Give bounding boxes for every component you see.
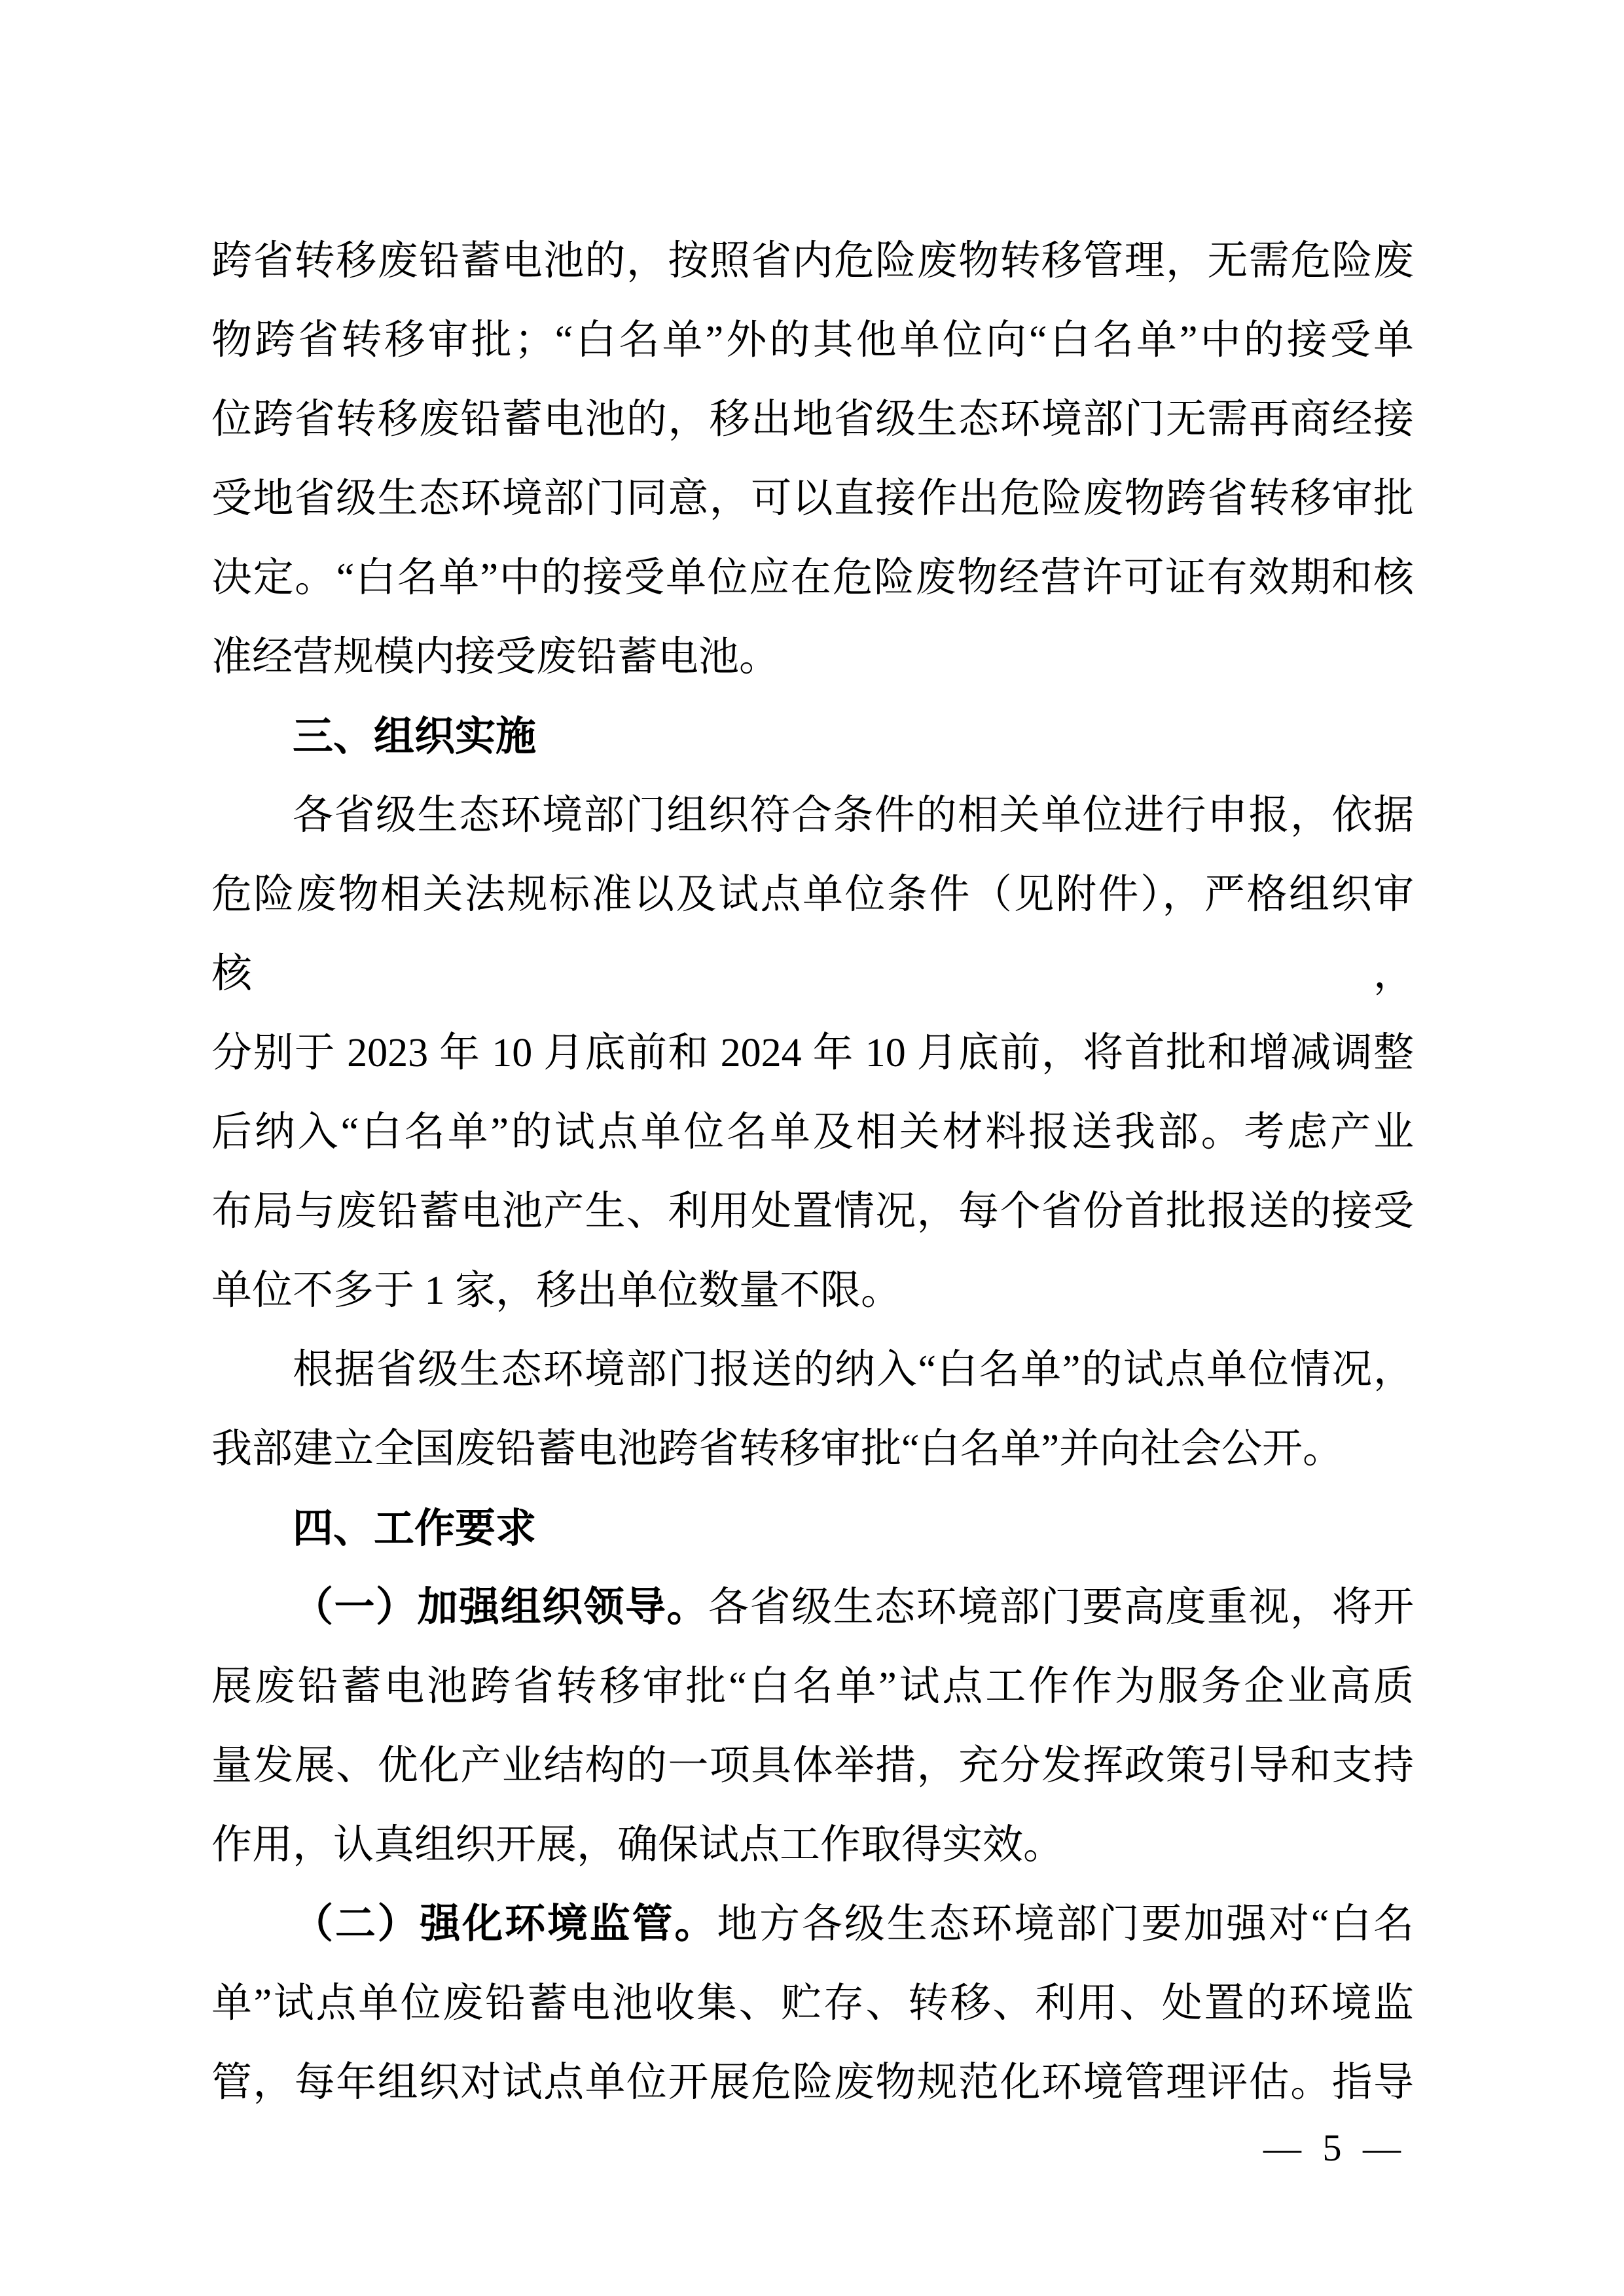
body-line: 准经营规模内接受废铅蓄电池。 bbox=[211, 618, 1414, 697]
section-heading: 四、工作要求 bbox=[211, 1489, 1414, 1568]
body-line: 各省级生态环境部门组织符合条件的相关单位进行申报，依据 bbox=[211, 776, 1414, 855]
body-line: 分别于 2023 年 10 月底前和 2024 年 10 月底前，将首批和增减调… bbox=[211, 1014, 1414, 1093]
body-line: （一）加强组织领导。各省级生态环境部门要高度重视，将开 bbox=[211, 1568, 1414, 1647]
body-line: 量发展、优化产业结构的一项具体举措，充分发挥政策引导和支持 bbox=[211, 1727, 1414, 1806]
paragraph-lead: （二）强化环境监管。 bbox=[293, 1902, 717, 1946]
body-line: 跨省转移废铅蓄电池的，按照省内危险废物转移管理，无需危险废 bbox=[211, 222, 1414, 301]
body-line: 受地省级生态环境部门同意，可以直接作出危险废物跨省转移审批 bbox=[211, 459, 1414, 539]
body-line: （二）强化环境监管。地方各级生态环境部门要加强对“白名 bbox=[211, 1885, 1414, 1964]
body-line: 布局与废铅蓄电池产生、利用处置情况，每个省份首批报送的接受 bbox=[211, 1172, 1414, 1251]
body-line: 根据省级生态环境部门报送的纳入“白名单”的试点单位情况， bbox=[211, 1331, 1414, 1410]
body-line: 管，每年组织对试点单位开展危险废物规范化环境管理评估。指导 bbox=[211, 2043, 1414, 2123]
body-line: 单位不多于 1 家，移出单位数量不限。 bbox=[211, 1251, 1414, 1331]
body-line: 我部建立全国废铅蓄电池跨省转移审批“白名单”并向社会公开。 bbox=[211, 1410, 1414, 1489]
page-number: — 5 — bbox=[1263, 2112, 1401, 2184]
body-line: 决定。“白名单”中的接受单位应在危险废物经营许可证有效期和核 bbox=[211, 539, 1414, 618]
body-line: 位跨省转移废铅蓄电池的，移出地省级生态环境部门无需再商经接 bbox=[211, 380, 1414, 459]
paragraph-lead: （一）加强组织领导。 bbox=[293, 1585, 708, 1630]
body-line: 后纳入“白名单”的试点单位名单及相关材料报送我部。考虑产业 bbox=[211, 1093, 1414, 1172]
body-line: 物跨省转移审批；“白名单”外的其他单位向“白名单”中的接受单 bbox=[211, 301, 1414, 380]
body-line: 单”试点单位废铅蓄电池收集、贮存、转移、利用、处置的环境监 bbox=[211, 1964, 1414, 2043]
body-line: 展废铅蓄电池跨省转移审批“白名单”试点工作作为服务企业高质 bbox=[211, 1647, 1414, 1727]
body-line: 作用，认真组织开展，确保试点工作取得实效。 bbox=[211, 1806, 1414, 1885]
document-body: 跨省转移废铅蓄电池的，按照省内危险废物转移管理，无需危险废物跨省转移审批；“白名… bbox=[211, 222, 1414, 2123]
body-line: 危险废物相关法规标准以及试点单位条件（见附件），严格组织审核， bbox=[211, 855, 1414, 1014]
section-heading: 三、组织实施 bbox=[211, 697, 1414, 776]
